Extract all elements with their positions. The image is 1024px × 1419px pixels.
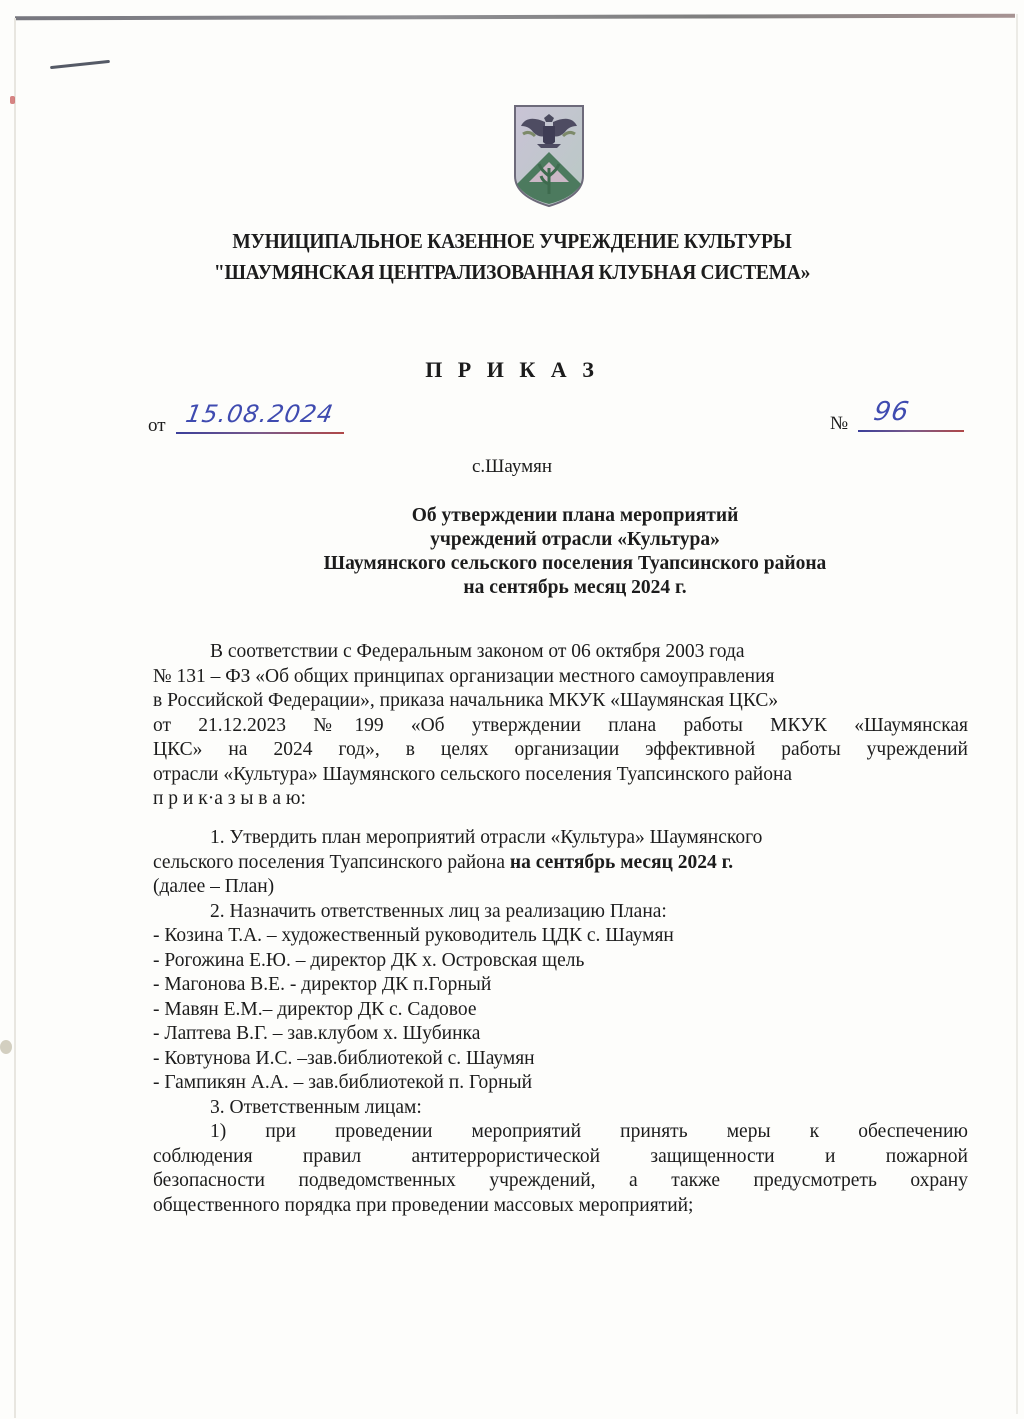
subject-line: на сентябрь месяц 2024 г.: [0, 576, 1024, 600]
subject-line: Об утверждении плана мероприятий: [0, 504, 1024, 528]
scan-edge-top: [15, 14, 1015, 21]
order-number: 96: [871, 397, 911, 427]
item-3-subitem-line: безопасности подведомственных учреждений…: [153, 1169, 968, 1194]
preamble-line: В соответствии с Федеральным законом от …: [153, 640, 968, 665]
scan-edge-left: [14, 18, 16, 1418]
document-title: П Р И К А З: [0, 357, 1024, 383]
responsible-person: - Мавян Е.М.– директор ДК с. Садовое: [153, 998, 968, 1023]
preamble: В соответствии с Федеральным законом от …: [153, 640, 968, 812]
preamble-line: № 131 – ФЗ «Об общих принципах организац…: [153, 665, 968, 690]
item-3-heading: 3. Ответственным лицам:: [153, 1096, 968, 1121]
subject-line: Шаумянского сельского поселения Туапсинс…: [0, 552, 1024, 576]
item-1-period: на сентябрь месяц 2024 г.: [510, 852, 733, 873]
number-label: №: [830, 413, 848, 435]
coat-of-arms-icon: [513, 104, 585, 208]
item-1-line: 1. Утвердить план мероприятий отрасли «К…: [153, 826, 968, 851]
preamble-line: отрасли «Культура» Шаумянского сельского…: [153, 763, 968, 788]
order-verb: п р и к·а з ы в а ю:: [153, 787, 968, 812]
date-underline: [176, 432, 344, 434]
order-subject: Об утверждении плана мероприятий учрежде…: [0, 504, 1024, 600]
responsible-person: - Козина Т.А. – художественный руководит…: [153, 924, 968, 949]
subject-line: учреждений отрасли «Культура»: [0, 528, 1024, 552]
item-1-text: сельского поселения Туапсинского района: [153, 852, 510, 873]
responsible-person: - Рогожина Е.Ю. – директор ДК х. Островс…: [153, 949, 968, 974]
preamble-line: от 21.12.2023 №199 «Об утверждении плана…: [153, 714, 968, 739]
organization-name-line1: МУНИЦИПАЛЬНОЕ КАЗЕННОЕ УЧРЕЖДЕНИЕ КУЛЬТУ…: [36, 229, 988, 254]
preamble-line: ЦКС» на 2024 год», в целях организации э…: [153, 738, 968, 763]
date-label: от: [148, 415, 166, 437]
scan-artifact: [10, 96, 15, 104]
item-1-line: сельского поселения Туапсинского района …: [153, 851, 968, 876]
place-of-issue: с.Шаумян: [0, 456, 1024, 478]
scan-artifact: [0, 1040, 12, 1054]
responsible-person: - Гампикян А.А. – зав.библиотекой п. Гор…: [153, 1071, 968, 1096]
pen-mark: [50, 60, 110, 69]
responsible-person: - Лаптева В.Г. – зав.клубом х. Шубинка: [153, 1022, 968, 1047]
order-date: 15.08.2024: [184, 400, 336, 428]
item-3-subitem-line: соблюдения правил антитеррористической з…: [153, 1145, 968, 1170]
item-3-subitem-line: общественного порядка при проведении мас…: [153, 1194, 968, 1219]
scan-edge-right: [1016, 14, 1018, 1414]
number-underline: [858, 430, 964, 432]
item-1-line: (далее – План): [153, 875, 968, 900]
item-3-subitem-line: 1) при проведении мероприятий принять ме…: [153, 1120, 968, 1145]
responsible-person: - Ковтунова И.С. –зав.библиотекой с. Шау…: [153, 1047, 968, 1072]
responsible-person: - Магонова В.Е. - директор ДК п.Горный: [153, 973, 968, 998]
preamble-line: в Российской Федерации», приказа начальн…: [153, 689, 968, 714]
organization-name-line2: "ШАУМЯНСКАЯ ЦЕНТРАЛИЗОВАННАЯ КЛУБНАЯ СИС…: [36, 260, 988, 285]
order-items: 1. Утвердить план мероприятий отрасли «К…: [153, 826, 968, 1218]
item-2-heading: 2. Назначить ответственных лиц за реализ…: [153, 900, 968, 925]
